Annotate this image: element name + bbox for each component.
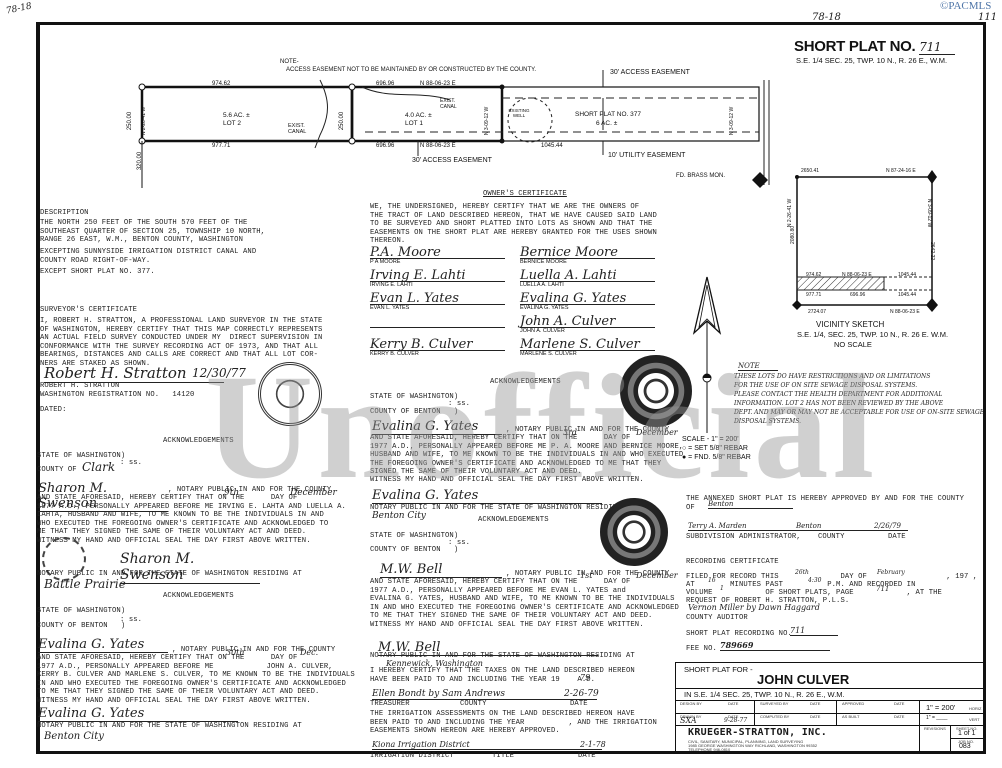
ack-left2-signature2: Evalina G. Yates [38, 706, 238, 722]
company-line3: TELEPHONE 946-0810 [688, 747, 730, 752]
recording-minutes: 16 [708, 577, 716, 584]
ack-left1-body: AND STATE AFORESAID, HEREBY CERTIFY THAT… [37, 494, 346, 537]
label-as-built-date: DATE [894, 714, 904, 719]
taxes-date: 2-26-79 [564, 689, 599, 699]
south-length: 320.00 [137, 152, 143, 170]
legend-scale: SCALE - 1" = 200' [682, 436, 739, 443]
ack-left1-ss: : ss. [120, 459, 142, 468]
title-block-for-label: SHORT PLAT FOR - [684, 665, 753, 674]
ack-mid2-witness: WITNESS MY HAND AND OFFICIAL SEAL THE DA… [370, 621, 644, 630]
ack-mid2-state: STATE OF WASHINGTON) [370, 532, 458, 541]
approval-county: Benton [708, 500, 793, 509]
title-scale-horizontal: 1" = 200' [926, 703, 955, 712]
sp377-bottom-distance: 1045.44 [541, 143, 563, 149]
vicinity-title: VICINITY SKETCH [816, 320, 884, 329]
vicinity-plat-bottom: 977.71 [806, 292, 821, 298]
ack-left1-day: 9th [224, 488, 239, 498]
vicinity-plat-top: 974.62 [806, 272, 821, 278]
title-divider-3 [676, 713, 984, 714]
ack-left2-month: Dec. [300, 648, 318, 657]
lot1-top-distance: 696.96 [376, 81, 394, 87]
owner-signature-block: P.A. MooreP A MOORE [370, 245, 505, 266]
ack-mid1-state: STATE OF WASHINGTON) [370, 393, 458, 402]
plat-title: SHORT PLAT NO. 711 [794, 38, 955, 55]
title-vline-1 [754, 700, 755, 725]
owner-signature: Evan L. Yates [370, 291, 505, 305]
north-arrow-icon [690, 275, 730, 435]
vicinity-bottom-distance: 2724.07 [808, 309, 826, 315]
owner-signature: Kerry B. Culver [370, 337, 505, 351]
irrigation-label-date: DATE [578, 752, 596, 761]
description-para2: EXCEPTING SUNNYSIDE IRRIGATION DISTRICT … [40, 248, 256, 265]
vicinity-east-length: 2642.22 [929, 242, 935, 260]
title-block-owner: JOHN CULVER [757, 672, 849, 687]
lot1-bottom-bearing: N 88-06-23 E [420, 143, 456, 149]
legend-fnd-rebar: ● = FND. 5/8" REBAR [682, 454, 751, 461]
title-vline-2 [836, 700, 837, 725]
ack-mid2-body: AND STATE AFORESAID, HEREBY CERTIFY THAT… [370, 578, 679, 621]
vicinity-plat-bottom2: 696.96 [850, 292, 865, 298]
owner-signature-block: Marlene S. CulverMARLENE S. CULVER [520, 337, 655, 358]
ack-mid2-notary-signature: M.W. Bell [380, 562, 502, 578]
owner-name: KERRY B. CULVER [370, 351, 505, 358]
recording-sp-value: 711 [790, 626, 838, 636]
taxes-label-date: DATE [570, 700, 588, 709]
vicinity-west-length: 2080.80 [790, 226, 796, 244]
ack-left1-heading: ACKNOWLEDGEMENTS [163, 437, 234, 446]
owner-signature: Luella A. Lahti [520, 268, 655, 282]
lot2-label: LOT 2 [223, 120, 241, 127]
owner-signature-block: Evalina G. YatesEVALINA G. YATES [520, 291, 655, 312]
owner-name: IRVING E. LAHTI [370, 282, 505, 289]
label-computed-date: DATE [810, 714, 820, 719]
owner-name: BERNICE MOORE [520, 259, 655, 266]
notary-seal-benton-1 [620, 355, 692, 427]
recording-sp-label: SHORT PLAT RECORDING NO. [686, 630, 792, 639]
exist-canal-label: EXIST. CANAL [288, 123, 318, 135]
lot2-bottom-distance: 977.71 [212, 143, 230, 149]
plat-title-label: SHORT PLAT NO. [794, 38, 915, 55]
sp377-label: SHORT PLAT NO. 377 [575, 111, 641, 118]
title-block: SHORT PLAT FOR - JOHN CULVER IN S.E. 1/4… [675, 662, 986, 754]
title-scale-vertical-label: VERT [969, 717, 980, 722]
surveyor-dated-label: DATED: [40, 406, 66, 415]
top-left-reference: 78-18 [5, 1, 32, 16]
company-name: KRUEGER-STRATTON, INC. [688, 727, 827, 738]
surveyor-sign-date: 12/30/77 [192, 366, 246, 380]
ack-mid2-county: COUNTY OF BENTON ) [370, 546, 458, 555]
vicinity-plat-right: 1045.44 [898, 272, 916, 278]
pacmls-brand: ©PACMLS [940, 0, 991, 12]
surveyor-name: ROBERT H. STRATTON [40, 382, 119, 391]
label-approved-date: DATE [894, 701, 904, 706]
approval-admin-date: 2/26/79 [874, 522, 901, 530]
title-scale-horizontal-label: HORIZ [969, 706, 981, 711]
owner-name: EVALINA G. YATES [520, 305, 655, 312]
ack-mid1-witness: WITNESS MY HAND AND OFFICIAL SEAL THE DA… [370, 476, 644, 485]
lot2-top-distance: 974.62 [212, 81, 230, 87]
label-computed-by: COMPUTED BY [760, 714, 789, 719]
lot1-top-bearing: N 88-06-23 E [420, 81, 456, 87]
title-drawn-date: 9-28-77 [724, 717, 747, 724]
ack-mid1-heading: ACKNOWLEDGEMENTS [490, 378, 561, 387]
description-para1: THE NORTH 250 FEET OF THE SOUTH 570 FEET… [40, 219, 265, 245]
lot1-canal-label: EXIST. CANAL [440, 98, 464, 110]
plat-number: 711 [919, 40, 955, 55]
ack-left1-month: December [290, 488, 337, 498]
approval-label-date: DATE [888, 533, 906, 542]
vicinity-plat-top-bearing: N 88-06-23 E [842, 272, 872, 278]
vicinity-subtitle: S.E. 1/4, SEC. 25, TWP. 10 N., R. 26 E. … [797, 330, 948, 339]
ack-left2-day: 30th [226, 648, 245, 657]
ack-mid1-day: 3rd [563, 428, 577, 437]
owner-signature: Evalina G. Yates [520, 291, 655, 305]
owners-text: WE, THE UNDERSIGNED, HEREBY CERTIFY THAT… [370, 203, 657, 246]
ack-mid2-day: 1st [580, 571, 592, 580]
taxes-year: 79 [580, 673, 590, 682]
label-approved: APPROVED [842, 701, 864, 706]
owner-signature: Irving E. Lahti [370, 268, 505, 282]
lot1-bottom-distance: 696.96 [376, 143, 394, 149]
brass-monument-label: FD. BRASS MON. [676, 173, 725, 179]
surveyor-registration: WASHINGTON REGISTRATION NO. 14120 [40, 391, 194, 400]
job-value: 083 [959, 743, 971, 750]
vicinity-scale: NO SCALE [834, 340, 872, 349]
lot2-west-bearing: N 2-26-41 W [141, 107, 147, 135]
description-heading: DESCRIPTION [40, 209, 89, 218]
title-scale-vertical: 1" = ____ [926, 715, 947, 721]
owner-name: LUELLA A. LAHTI [520, 282, 655, 289]
approval-label-county: COUNTY [818, 533, 844, 542]
recording-heading: RECORDING CERTIFICATE [686, 558, 779, 567]
owner-signature: John A. Culver [520, 314, 655, 328]
label-design-date: DATE [728, 701, 738, 706]
ack-left2-notary-signature: Evalina G. Yates [38, 637, 168, 653]
sp377-east-bearing: N 3-09-12 W [729, 107, 735, 135]
title-drawn-by: SXA [680, 716, 697, 725]
irrigation-label-title: TITLE [492, 752, 514, 761]
note-right-text: THESE LOTS DO HAVE RESTRICTIONS AND OR L… [734, 372, 984, 426]
owner-name: JOHN A. CULVER [520, 328, 655, 335]
notary-seal-benton-2 [600, 498, 668, 566]
vicinity-top-bearing: N 87-24-16 E [886, 168, 916, 174]
label-surveyed-date: DATE [810, 701, 820, 706]
ack-left2-heading: ACKNOWLEDGEMENTS [163, 592, 234, 601]
recording-fee-label: FEE NO. [686, 645, 717, 654]
note-right-heading: NOTE [738, 362, 778, 371]
ack-mid1-body: AND STATE AFORESAID, HEREBY CERTIFY THAT… [370, 434, 683, 477]
access-easement-bottom-label: 30' ACCESS EASEMENT [412, 157, 492, 164]
ack-left2-witness: WITNESS MY HAND AND OFFICIAL SEAL THE DA… [37, 697, 311, 706]
taxes-label-county: COUNTY [460, 700, 486, 709]
recording-fee-value: 789669 [720, 640, 830, 651]
ack-mid1-signature2: Evalina G. Yates [372, 488, 602, 504]
taxes-text: I HEREBY CERTIFY THAT THE TAXES ON THE L… [370, 667, 635, 684]
ack-mid2-month: December [636, 571, 678, 580]
plat-location: S.E. 1/4 SEC. 25, TWP. 10 N., R. 26 E., … [796, 56, 947, 65]
owner-signature-block: Irving E. LahtiIRVING E. LAHTI [370, 268, 505, 289]
ack-left1-signature2: Sharon M. Swenson [120, 551, 260, 584]
recording-time: 4:30 [808, 577, 821, 584]
sp377-acres: 6 AC. ± [596, 120, 617, 127]
vicinity-west-bearing: N 2-26-41 W [787, 199, 793, 227]
vicinity-plat-right-bottom: 1045.44 [898, 292, 916, 298]
ack-mid1-residing: Benton City [372, 511, 426, 521]
label-design-by: DESIGN BY [680, 701, 702, 706]
ack-left2-notary-line: NOTARY PUBLIC IN AND FOR THE STATE OF WA… [37, 722, 302, 731]
title-vline-3 [919, 700, 920, 753]
lot2-acres: 5.6 AC. ± [223, 112, 250, 119]
ack-mid1-month: December [636, 428, 678, 437]
irrigation-label-district: IRRIGATION DISTRICT [370, 752, 454, 761]
lot1-west-length: 250.00 [339, 112, 345, 130]
ack-left2-county: COUNTY OF BENTON ) [37, 622, 125, 631]
ack-mid1-notary-signature: Evalina G. Yates [372, 419, 502, 435]
vicinity-top-left-distance: 2650.41 [801, 168, 819, 174]
owner-signature-block: John A. CulverJOHN A. CULVER [520, 314, 655, 335]
recording-auditor-label: COUNTY AUDITOR [686, 614, 748, 623]
description-para3: EXCEPT SHORT PLAT NO. 377. [40, 268, 155, 277]
revisions-label: REVISIONS [924, 726, 946, 731]
owner-name: MARLENE S. CULVER [520, 351, 655, 358]
recording-month: February [877, 569, 905, 576]
recording-page: 711 [876, 585, 889, 593]
recording-volume: 1 [720, 585, 724, 592]
recording-auditor-signature: Vernon Miller by Dawn Haggard [688, 603, 820, 612]
access-easement-top-label: 30' ACCESS EASEMENT [610, 69, 690, 76]
lot1-label: LOT 1 [405, 120, 423, 127]
title-divider-2 [676, 700, 984, 701]
existing-well-label: EXISTING WELL [508, 108, 530, 118]
owner-signature-block [370, 314, 505, 328]
title-vline-4 [950, 725, 951, 753]
vicinity-east-bearing: N 3-09-12 W [926, 199, 932, 227]
surveyor-text: I, ROBERT H. STRATTON, A PROFESSIONAL LA… [40, 317, 322, 369]
recording-day: 26th [795, 569, 809, 576]
taxes-label-treasurer: TREASURER [370, 700, 410, 709]
owner-name: P A MOORE [370, 259, 505, 266]
legend-set-rebar: ○ = SET 5/8" REBAR [682, 445, 748, 452]
lot1-east-bearing: N 3-09-12 W [484, 107, 490, 135]
irrigation-signature: Kiona Irrigation District [372, 740, 602, 750]
owner-signature: P.A. Moore [370, 245, 505, 259]
ack-left1-county-label: COUNTY OF [37, 466, 77, 475]
owner-signature-block: Evan L. YatesEVAN L. YATES [370, 291, 505, 312]
ack-left1-county-value: Clark [82, 460, 115, 474]
ack-left2-state: STATE OF WASHINGTON) [37, 607, 125, 616]
ack-mid2-heading: ACKNOWLEDGEMENTS [478, 516, 549, 525]
approval-admin-county: Benton [796, 522, 821, 530]
ack-left2-body: AND STATE AFORESAID, HEREBY CERTIFY THAT… [37, 654, 355, 697]
label-as-built: AS BUILT [842, 714, 860, 719]
ack-mid1-county: COUNTY OF BENTON ) [370, 408, 458, 417]
label-surveyed-by: SURVEYED BY [760, 701, 788, 706]
approval-label-admin: SUBDIVISION ADMINISTRATOR, [686, 533, 801, 542]
owner-signature [370, 314, 505, 328]
irrigation-date: 2-1-78 [580, 740, 606, 749]
surveyor-heading: SURVEYOR'S CERTIFICATE [40, 306, 137, 315]
lot2-west-length: 250.00 [127, 112, 133, 130]
owner-name: EVAN L. YATES [370, 305, 505, 312]
owner-signature-block: Bernice MooreBERNICE MOORE [520, 245, 655, 266]
owner-signature-block: Kerry B. CulverKERRY B. CULVER [370, 337, 505, 358]
vicinity-bottom-bearing: N 88-06-23 E [890, 309, 920, 315]
sheet-value: 1 of 1 [958, 730, 976, 737]
utility-easement-label: 10' UTILITY EASEMENT [608, 152, 685, 159]
surveyor-seal [258, 362, 322, 426]
owners-heading: OWNER'S CERTIFICATE [483, 190, 567, 199]
irrigation-text: THE IRRIGATION ASSESSMENTS ON THE LAND D… [370, 710, 657, 736]
owner-signature-block: Luella A. LahtiLUELLA A. LAHTI [520, 268, 655, 289]
ack-left2-residing: Benton City [44, 731, 104, 742]
ack-left1-residing: Battle Prairie [44, 577, 126, 591]
title-block-location: IN S.E. 1/4 SEC. 25, TWP. 10 N., R. 26 E… [684, 690, 845, 699]
title-divider-1 [676, 688, 984, 689]
owner-signature: Marlene S. Culver [520, 337, 655, 351]
owner-signature: Bernice Moore [520, 245, 655, 259]
lot1-acres: 4.0 AC. ± [405, 112, 432, 119]
